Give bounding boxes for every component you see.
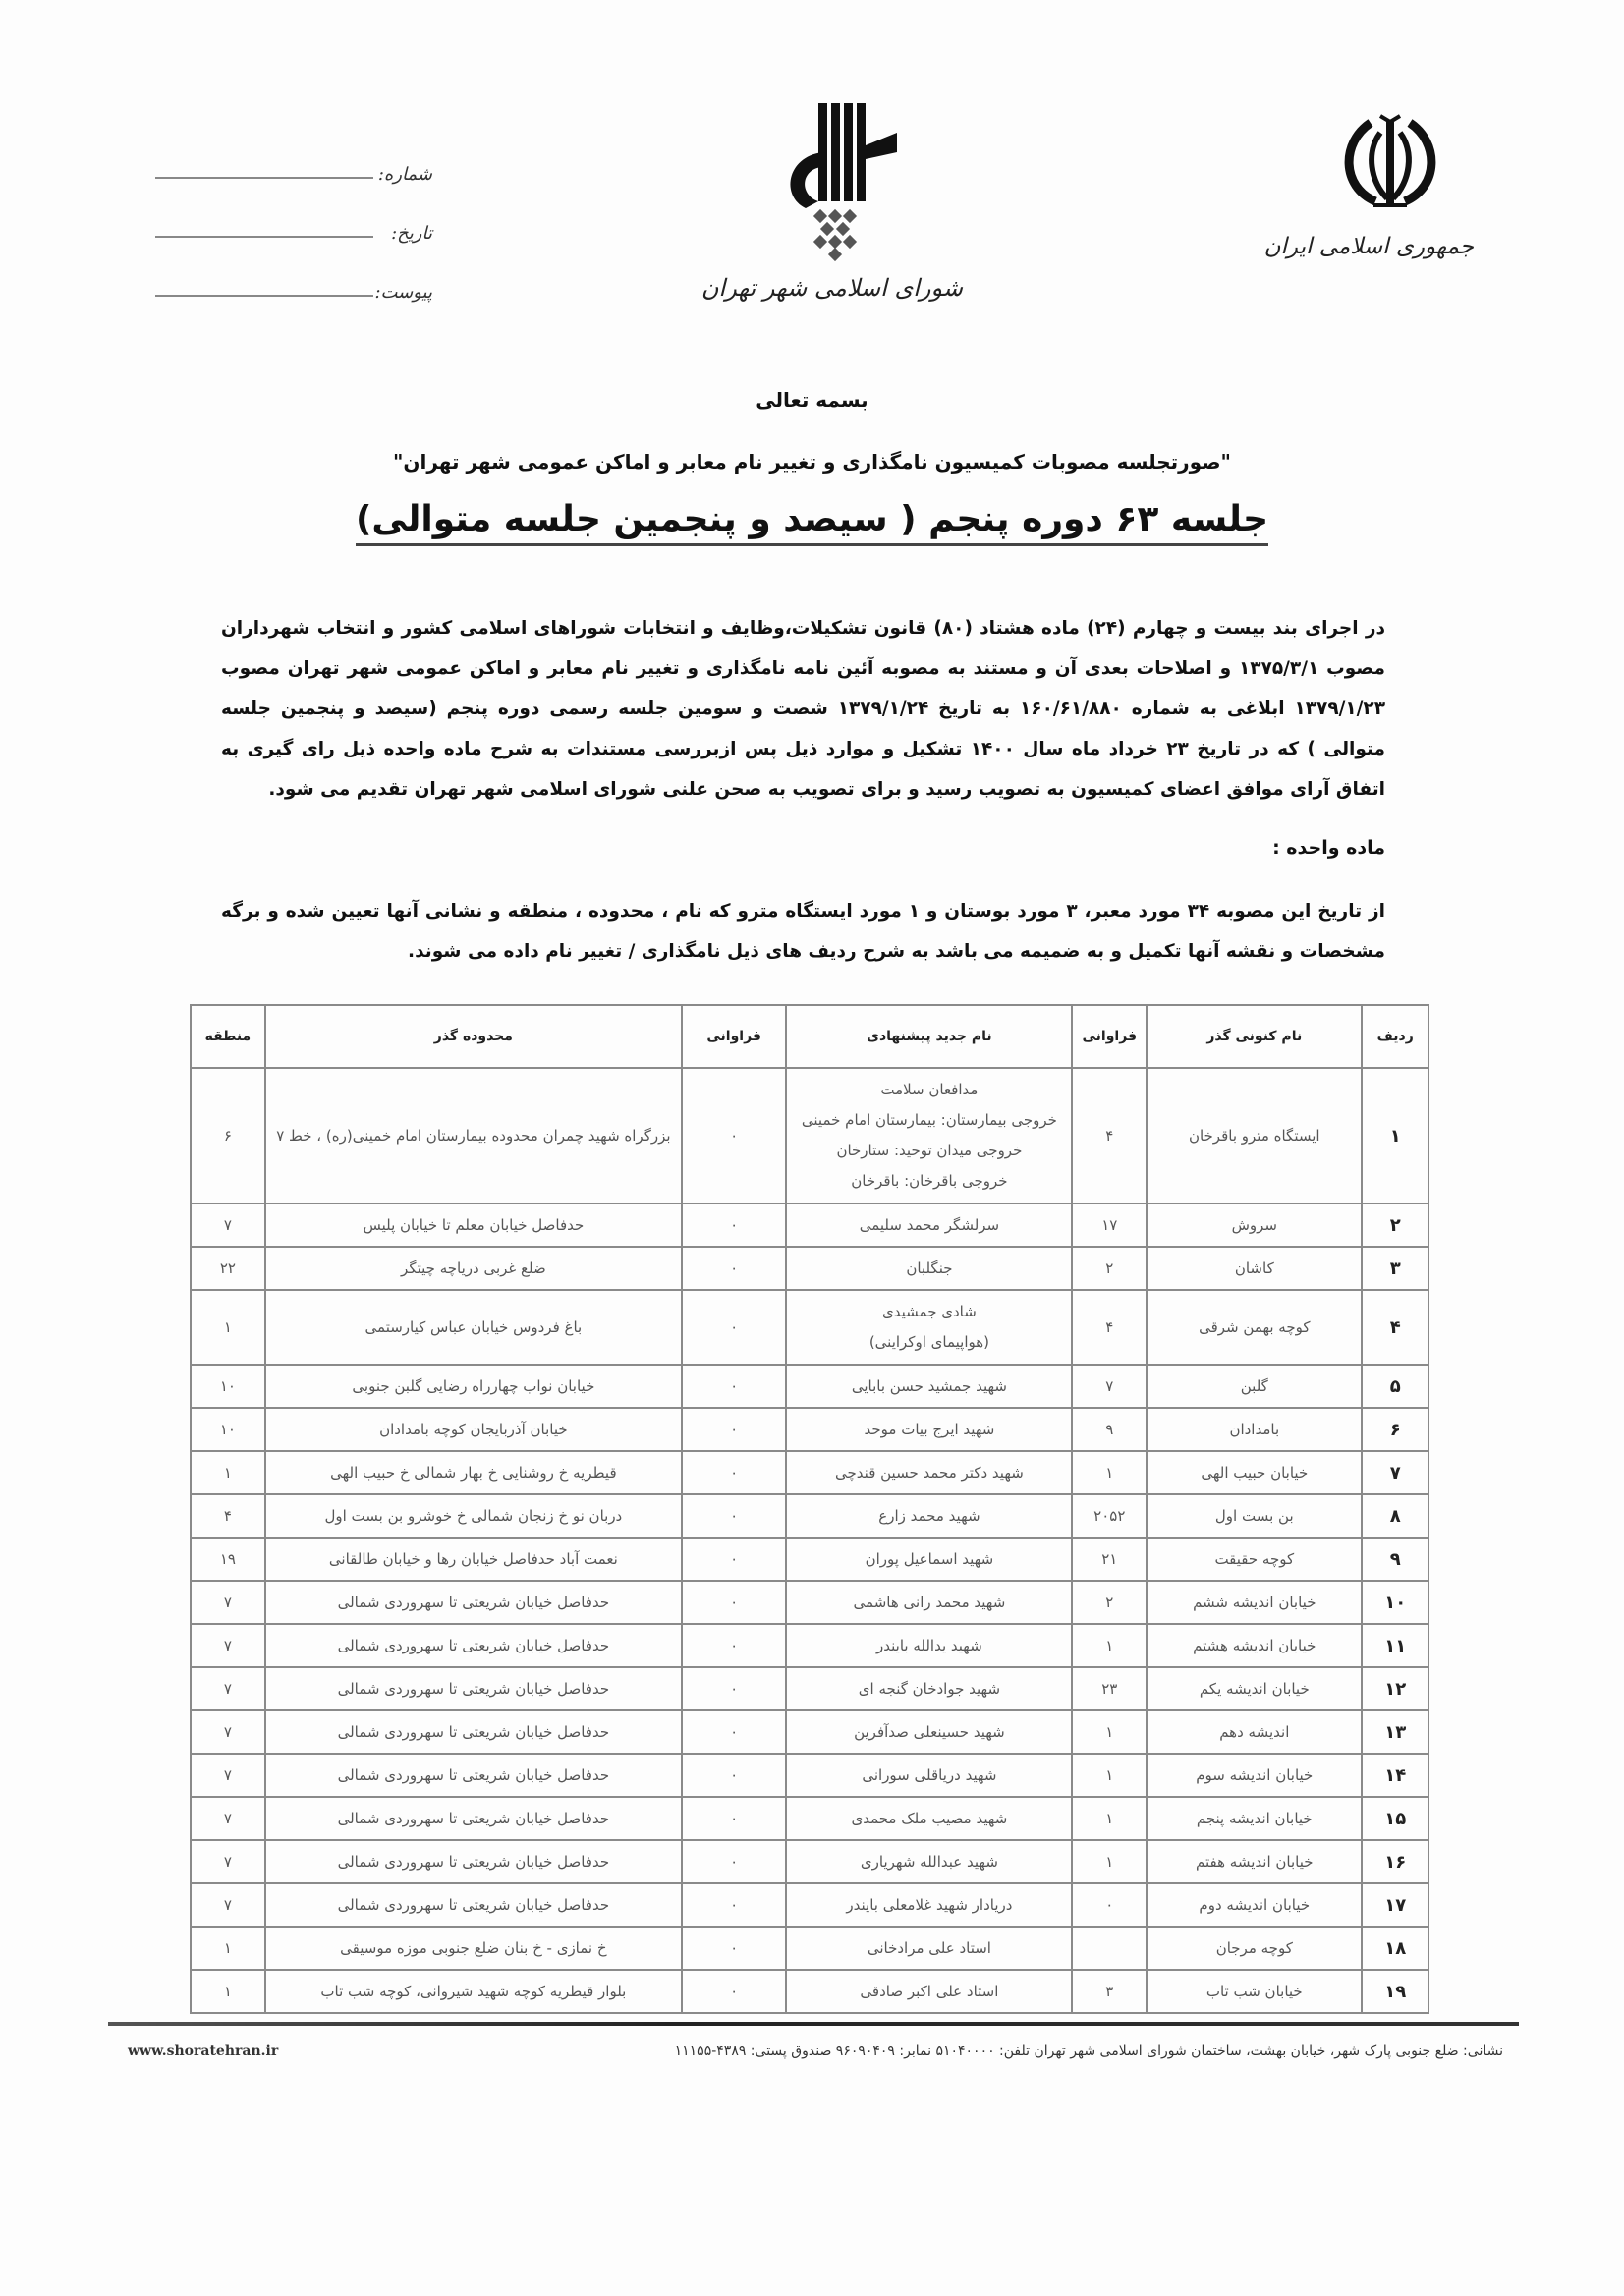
- date-field: تاریخ:: [147, 185, 432, 244]
- table-row: ۱۵خیابان اندیشه پنجم۱شهید مصیب ملک محمدی…: [191, 1797, 1428, 1840]
- cell-frequency-current: ۰: [1072, 1883, 1147, 1927]
- table-header-row: ردیف نام کنونی گذر فراوانی نام جدید پیشن…: [191, 1005, 1428, 1068]
- cell-current-name: اندیشه دهم: [1147, 1710, 1362, 1754]
- cell-current-name: خیابان اندیشه هفتم: [1147, 1840, 1362, 1883]
- cell-frequency-current: ۱: [1072, 1754, 1147, 1797]
- cell-range: خیابان نواب چهارراه رضایی گلبن جنوبی: [265, 1365, 682, 1408]
- cell-row-number: ۱۶: [1362, 1840, 1428, 1883]
- iran-emblem: جمهوری اسلامی ایران: [1307, 108, 1474, 259]
- number-field: شماره:: [147, 126, 432, 185]
- cell-frequency-new: ۰: [682, 1581, 787, 1624]
- cell-frequency-current: ۲۰۵۲: [1072, 1494, 1147, 1538]
- cell-current-name: خیابان اندیشه هشتم: [1147, 1624, 1362, 1667]
- cell-range: حدفاصل خیابان شریعتی تا سهروردی شمالی: [265, 1710, 682, 1754]
- cell-current-name: کوچه مرجان: [1147, 1927, 1362, 1970]
- cell-frequency-current: ۱: [1072, 1840, 1147, 1883]
- header-frequency-new: فراوانی: [682, 1005, 787, 1068]
- cell-range: حدفاصل خیابان شریعتی تا سهروردی شمالی: [265, 1797, 682, 1840]
- cell-zone: ۷: [191, 1667, 265, 1710]
- cell-zone: ۷: [191, 1710, 265, 1754]
- cell-zone: ۷: [191, 1581, 265, 1624]
- cell-zone: ۷: [191, 1204, 265, 1247]
- cell-zone: ۱: [191, 1451, 265, 1494]
- table-row: ۱ایستگاه مترو باقرخان۴مدافعان سلامتخروجی…: [191, 1068, 1428, 1204]
- cell-frequency-new: ۰: [682, 1927, 787, 1970]
- attachment-label: پیوست:: [373, 282, 432, 303]
- cell-frequency-new: ۰: [682, 1408, 787, 1451]
- cell-row-number: ۹: [1362, 1538, 1428, 1581]
- table-row: ۳کاشان۲جنگلبان۰ضلع غربی دریاچه چیتگر۲۲: [191, 1247, 1428, 1290]
- number-label: شماره:: [373, 164, 432, 185]
- cell-frequency-new: ۰: [682, 1883, 787, 1927]
- minutes-subtitle: "صورتجلسه مصوبات کمیسیون نامگذاری و تغیی…: [0, 450, 1624, 474]
- cell-current-name: کوچه حقیقت: [1147, 1538, 1362, 1581]
- cell-frequency-current: ۱: [1072, 1797, 1147, 1840]
- cell-current-name: ایستگاه مترو باقرخان: [1147, 1068, 1362, 1204]
- cell-row-number: ۱۸: [1362, 1927, 1428, 1970]
- date-label: تاریخ:: [373, 223, 432, 244]
- cell-frequency-current: ۴: [1072, 1290, 1147, 1365]
- cell-row-number: ۳: [1362, 1247, 1428, 1290]
- cell-zone: ۱: [191, 1290, 265, 1365]
- header-frequency-current: فراوانی: [1072, 1005, 1147, 1068]
- cell-frequency-new: ۰: [682, 1624, 787, 1667]
- cell-zone: ۲۲: [191, 1247, 265, 1290]
- cell-frequency-new: ۰: [682, 1754, 787, 1797]
- cell-current-name: خیابان شب تاب: [1147, 1970, 1362, 2013]
- intro-paragraph: در اجرای بند بیست و چهارم (۲۴) ماده هشتا…: [221, 608, 1385, 810]
- table-row: ۶بامدادان۹شهید ایرج بیات موحد۰خیابان آذر…: [191, 1408, 1428, 1451]
- cell-range: ضلع غربی دریاچه چیتگر: [265, 1247, 682, 1290]
- cell-zone: ۷: [191, 1840, 265, 1883]
- header-current-name: نام کنونی گذر: [1147, 1005, 1362, 1068]
- cell-row-number: ۲: [1362, 1204, 1428, 1247]
- cell-row-number: ۱۳: [1362, 1710, 1428, 1754]
- cell-row-number: ۸: [1362, 1494, 1428, 1538]
- council-caption: شورای اسلامی شهر تهران: [707, 274, 963, 302]
- naming-table-grid: ردیف نام کنونی گذر فراوانی نام جدید پیشن…: [190, 1004, 1429, 2014]
- cell-new-name: سرلشگر محمد سلیمی: [786, 1204, 1072, 1247]
- table-row: ۱۴خیابان اندیشه سوم۱شهید دریاقلی سورانی۰…: [191, 1754, 1428, 1797]
- cell-range: بزرگراه شهید چمران محدوده بیمارستان امام…: [265, 1068, 682, 1204]
- article-paragraph: از تاریخ این مصوبه ۳۴ مورد معبر، ۳ مورد …: [221, 891, 1385, 972]
- cell-frequency-current: ۹: [1072, 1408, 1147, 1451]
- naming-table: ردیف نام کنونی گذر فراوانی نام جدید پیشن…: [190, 1004, 1429, 2014]
- table-body: ۱ایستگاه مترو باقرخان۴مدافعان سلامتخروجی…: [191, 1068, 1428, 2013]
- header-zone: منطقه: [191, 1005, 265, 1068]
- table-row: ۷خیابان حبیب الهی۱شهید دکتر محمد حسین قن…: [191, 1451, 1428, 1494]
- cell-range: باغ فردوس خیابان عباس کیارستمی: [265, 1290, 682, 1365]
- cell-frequency-current: ۷: [1072, 1365, 1147, 1408]
- cell-new-name: شادی جمشیدی(هواپیمای اوکراینی): [786, 1290, 1072, 1365]
- cell-frequency-new: ۰: [682, 1667, 787, 1710]
- table-row: ۲سروش۱۷سرلشگر محمد سلیمی۰حدفاصل خیابان م…: [191, 1204, 1428, 1247]
- attachment-field: پیوست:: [147, 244, 432, 303]
- cell-row-number: ۱۱: [1362, 1624, 1428, 1667]
- tehran-council-logo: شورای اسلامی شهر تهران: [707, 98, 963, 302]
- table-row: ۱۱خیابان اندیشه هشتم۱شهید یدالله بایندر۰…: [191, 1624, 1428, 1667]
- cell-new-name: دریادار شهید غلامعلی بایندر: [786, 1883, 1072, 1927]
- cell-current-name: بن بست اول: [1147, 1494, 1362, 1538]
- cell-new-name: شهید دریاقلی سورانی: [786, 1754, 1072, 1797]
- cell-current-name: خیابان اندیشه پنجم: [1147, 1797, 1362, 1840]
- cell-frequency-new: ۰: [682, 1068, 787, 1204]
- cell-current-name: گلبن: [1147, 1365, 1362, 1408]
- table-row: ۱۷خیابان اندیشه دوم۰دریادار شهید غلامعلی…: [191, 1883, 1428, 1927]
- bismillah-heading: بسمه تعالی: [0, 388, 1624, 412]
- cell-range: حدفاصل خیابان شریعتی تا سهروردی شمالی: [265, 1754, 682, 1797]
- cell-new-name: شهید محمد زارع: [786, 1494, 1072, 1538]
- cell-frequency-new: ۰: [682, 1247, 787, 1290]
- cell-zone: ۴: [191, 1494, 265, 1538]
- session-title-text: جلسه ۶۳ دوره پنجم ( سیصد و پنجمین جلسه م…: [356, 499, 1268, 546]
- cell-row-number: ۱۵: [1362, 1797, 1428, 1840]
- table-row: ۸بن بست اول۲۰۵۲شهید محمد زارع۰دربان نو خ…: [191, 1494, 1428, 1538]
- cell-frequency-current: ۱: [1072, 1710, 1147, 1754]
- cell-frequency-current: ۲۳: [1072, 1667, 1147, 1710]
- header-row-number: ردیف: [1362, 1005, 1428, 1068]
- cell-frequency-current: [1072, 1927, 1147, 1970]
- cell-current-name: بامدادان: [1147, 1408, 1362, 1451]
- cell-zone: ۷: [191, 1797, 265, 1840]
- cell-new-name: جنگلبان: [786, 1247, 1072, 1290]
- council-logo-icon: [761, 98, 909, 270]
- cell-frequency-new: ۰: [682, 1970, 787, 2013]
- cell-current-name: کوچه بهمن شرقی: [1147, 1290, 1362, 1365]
- cell-current-name: خیابان اندیشه دوم: [1147, 1883, 1362, 1927]
- cell-row-number: ۱۷: [1362, 1883, 1428, 1927]
- cell-row-number: ۱۴: [1362, 1754, 1428, 1797]
- cell-range: قیطریه خ روشنایی خ بهار شمالی خ حبیب اله…: [265, 1451, 682, 1494]
- table-row: ۱۲خیابان اندیشه یکم۲۳شهید جوادخان گنجه ا…: [191, 1667, 1428, 1710]
- cell-frequency-current: ۱۷: [1072, 1204, 1147, 1247]
- footer-address: نشانی: ضلع جنوبی پارک شهر، خیابان بهشت، …: [675, 2044, 1503, 2059]
- cell-frequency-new: ۰: [682, 1710, 787, 1754]
- cell-current-name: خیابان اندیشه ششم: [1147, 1581, 1362, 1624]
- cell-zone: ۶: [191, 1068, 265, 1204]
- cell-current-name: خیابان حبیب الهی: [1147, 1451, 1362, 1494]
- cell-new-name: شهید دکتر محمد حسین قندچی: [786, 1451, 1072, 1494]
- cell-row-number: ۴: [1362, 1290, 1428, 1365]
- cell-range: بلوار قیطریه کوچه شهید شیروانی، کوچه شب …: [265, 1970, 682, 2013]
- footer-website-link[interactable]: www.shoratehran.ir: [128, 2044, 278, 2059]
- cell-frequency-current: ۱: [1072, 1451, 1147, 1494]
- table-row: ۱۰خیابان اندیشه ششم۲شهید محمد رانی هاشمی…: [191, 1581, 1428, 1624]
- table-row: ۹کوچه حقیقت۲۱شهید اسماعیل پوران۰نعمت آبا…: [191, 1538, 1428, 1581]
- cell-zone: ۷: [191, 1624, 265, 1667]
- cell-row-number: ۵: [1362, 1365, 1428, 1408]
- cell-new-name: استاد علی مرادخانی: [786, 1927, 1072, 1970]
- attachment-blank-line: [155, 295, 373, 297]
- table-row: ۱۶خیابان اندیشه هفتم۱شهید عبدالله شهریار…: [191, 1840, 1428, 1883]
- cell-range: حدفاصل خیابان شریعتی تا سهروردی شمالی: [265, 1624, 682, 1667]
- cell-range: دربان نو خ زنجان شمالی خ خوشرو بن بست او…: [265, 1494, 682, 1538]
- cell-new-name: شهید حسینعلی صدآفرین: [786, 1710, 1072, 1754]
- session-title: جلسه ۶۳ دوره پنجم ( سیصد و پنجمین جلسه م…: [0, 499, 1624, 539]
- cell-current-name: خیابان اندیشه سوم: [1147, 1754, 1362, 1797]
- cell-current-name: خیابان اندیشه یکم: [1147, 1667, 1362, 1710]
- cell-row-number: ۶: [1362, 1408, 1428, 1451]
- cell-frequency-new: ۰: [682, 1451, 787, 1494]
- table-row: ۴کوچه بهمن شرقی۴شادی جمشیدی(هواپیمای اوک…: [191, 1290, 1428, 1365]
- cell-range: حدفاصل خیابان شریعتی تا سهروردی شمالی: [265, 1581, 682, 1624]
- cell-row-number: ۱۲: [1362, 1667, 1428, 1710]
- table-row: ۱۹خیابان شب تاب۳استاد علی اکبر صادقی۰بلو…: [191, 1970, 1428, 2013]
- letter-meta-fields: شماره: تاریخ: پیوست:: [147, 126, 432, 303]
- cell-current-name: کاشان: [1147, 1247, 1362, 1290]
- cell-new-name: شهید عبدالله شهریاری: [786, 1840, 1072, 1883]
- cell-frequency-new: ۰: [682, 1538, 787, 1581]
- cell-frequency-current: ۲: [1072, 1581, 1147, 1624]
- cell-zone: ۱۹: [191, 1538, 265, 1581]
- cell-new-name: شهید یدالله بایندر: [786, 1624, 1072, 1667]
- cell-row-number: ۷: [1362, 1451, 1428, 1494]
- header-range: محدوده گذر: [265, 1005, 682, 1068]
- cell-frequency-new: ۰: [682, 1290, 787, 1365]
- emblem-caption: جمهوری اسلامی ایران: [1307, 234, 1474, 259]
- footer-divider: [108, 2022, 1519, 2026]
- cell-zone: ۷: [191, 1754, 265, 1797]
- cell-new-name: شهید محمد رانی هاشمی: [786, 1581, 1072, 1624]
- iran-emblem-icon: [1336, 108, 1444, 216]
- cell-row-number: ۱۹: [1362, 1970, 1428, 2013]
- cell-range: نعمت آباد حدفاصل خیابان رها و خیابان طال…: [265, 1538, 682, 1581]
- cell-zone: ۷: [191, 1883, 265, 1927]
- date-blank-line: [155, 236, 373, 238]
- cell-current-name: سروش: [1147, 1204, 1362, 1247]
- cell-range: خ نمازی - خ بنان ضلع جنوبی موزه موسیقی: [265, 1927, 682, 1970]
- header-new-name: نام جدید پیشنهادی: [786, 1005, 1072, 1068]
- cell-frequency-new: ۰: [682, 1365, 787, 1408]
- cell-range: حدفاصل خیابان شریعتی تا سهروردی شمالی: [265, 1667, 682, 1710]
- article-heading: ماده واحده :: [221, 837, 1385, 859]
- table-row: ۱۳اندیشه دهم۱شهید حسینعلی صدآفرین۰حدفاصل…: [191, 1710, 1428, 1754]
- cell-frequency-current: ۲۱: [1072, 1538, 1147, 1581]
- cell-zone: ۱۰: [191, 1365, 265, 1408]
- number-blank-line: [155, 177, 373, 179]
- table-row: ۱۸کوچه مرجاناستاد علی مرادخانی۰خ نمازی -…: [191, 1927, 1428, 1970]
- cell-range: حدفاصل خیابان معلم تا خیابان پلیس: [265, 1204, 682, 1247]
- cell-frequency-new: ۰: [682, 1797, 787, 1840]
- document-page: جمهوری اسلامی ایران شورای اسلامی شهر ته: [0, 0, 1624, 2296]
- cell-zone: ۱۰: [191, 1408, 265, 1451]
- cell-frequency-current: ۱: [1072, 1624, 1147, 1667]
- footer: نشانی: ضلع جنوبی پارک شهر، خیابان بهشت، …: [128, 2044, 1503, 2059]
- cell-new-name: استاد علی اکبر صادقی: [786, 1970, 1072, 2013]
- cell-new-name: شهید ایرج بیات موحد: [786, 1408, 1072, 1451]
- cell-new-name: شهید مصیب ملک محمدی: [786, 1797, 1072, 1840]
- cell-new-name: شهید جمشید حسن بابایی: [786, 1365, 1072, 1408]
- cell-zone: ۱: [191, 1970, 265, 2013]
- cell-range: حدفاصل خیابان شریعتی تا سهروردی شمالی: [265, 1883, 682, 1927]
- cell-row-number: ۱۰: [1362, 1581, 1428, 1624]
- cell-new-name: شهید جوادخان گنجه ای: [786, 1667, 1072, 1710]
- cell-frequency-new: ۰: [682, 1494, 787, 1538]
- cell-frequency-new: ۰: [682, 1840, 787, 1883]
- cell-frequency-current: ۳: [1072, 1970, 1147, 2013]
- cell-frequency-current: ۴: [1072, 1068, 1147, 1204]
- cell-new-name: شهید اسماعیل پوران: [786, 1538, 1072, 1581]
- cell-zone: ۱: [191, 1927, 265, 1970]
- cell-new-name: مدافعان سلامتخروجی بیمارستان: بیمارستان …: [786, 1068, 1072, 1204]
- cell-frequency-new: ۰: [682, 1204, 787, 1247]
- table-row: ۵گلبن۷شهید جمشید حسن بابایی۰خیابان نواب …: [191, 1365, 1428, 1408]
- cell-range: حدفاصل خیابان شریعتی تا سهروردی شمالی: [265, 1840, 682, 1883]
- cell-frequency-current: ۲: [1072, 1247, 1147, 1290]
- cell-range: خیابان آذربایجان کوچه بامدادان: [265, 1408, 682, 1451]
- cell-row-number: ۱: [1362, 1068, 1428, 1204]
